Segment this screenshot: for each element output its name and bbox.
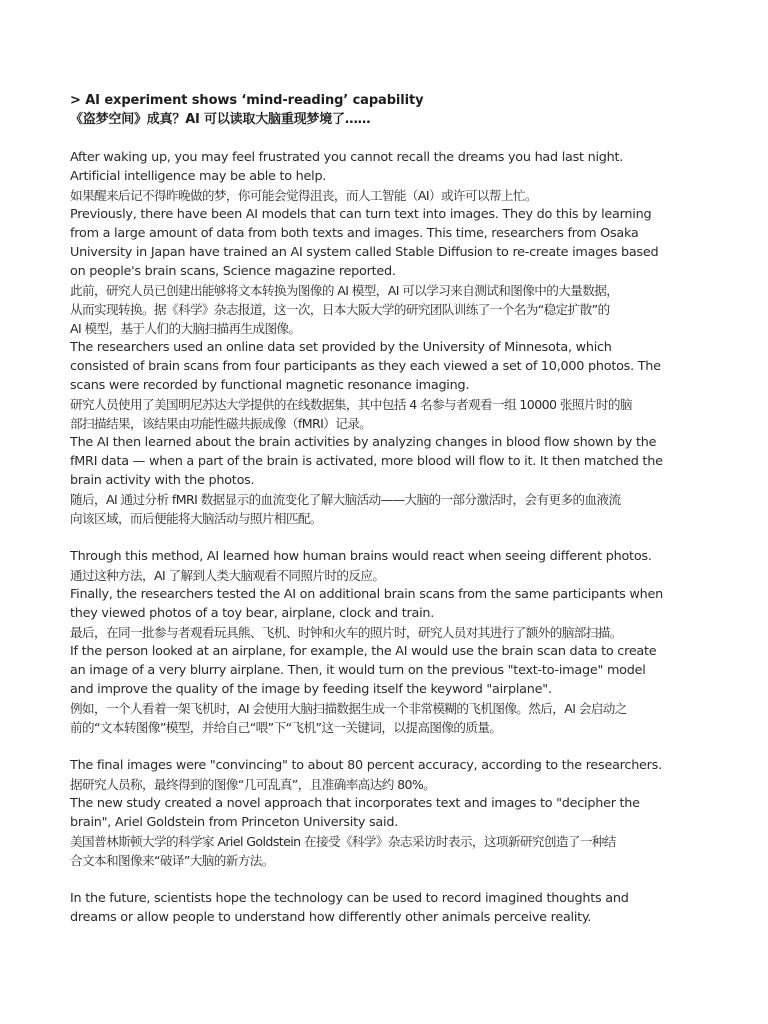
paragraph-block-2: Through this method, AI learned how huma… [70, 547, 710, 737]
text-line: In the future, scientists hope the techn… [70, 889, 710, 908]
text-line: Previously, there have been AI models th… [70, 205, 710, 224]
text-line-chinese: 部扫描结果，该结果由功能性磁共振成像（fMRI）记录。 [70, 414, 710, 433]
paragraph-gap [70, 528, 710, 547]
text-line-chinese: 从而实现转换。据《科学》杂志报道，这一次，日本大阪大学的研究团队训练了一个名为“… [70, 300, 710, 319]
text-line-chinese: AI 模型，基于人们的大脑扫描再生成图像。 [70, 319, 710, 338]
text-line: an image of a very blurry airplane. Then… [70, 661, 710, 680]
text-line-chinese: 通过这种方法，AI 了解到人类大脑观看不同照片时的反应。 [70, 566, 710, 585]
text-line-chinese: 此前，研究人员已创建出能够将文本转换为图像的 AI 模型，AI 可以学习来自测试… [70, 281, 710, 300]
text-line: consisted of brain scans from four parti… [70, 357, 710, 376]
text-line: scans were recorded by functional magnet… [70, 376, 710, 395]
text-line: dreams or allow people to understand how… [70, 908, 710, 927]
text-line-chinese: 研究人员使用了美国明尼苏达大学提供的在线数据集，其中包括 4 名参与者观看一组 … [70, 395, 710, 414]
paragraph-block-4: In the future, scientists hope the techn… [70, 889, 710, 927]
article: > AI experiment shows ‘mind-reading’ cap… [70, 91, 710, 927]
text-line: from a large amount of data from both te… [70, 224, 710, 243]
text-line: The new study created a novel approach t… [70, 794, 710, 813]
text-line-chinese: 合文本和图像来“破译”大脑的新方法。 [70, 851, 710, 870]
text-line: The AI then learned about the brain acti… [70, 433, 710, 452]
text-line-chinese: 据研究人员称，最终得到的图像“几可乱真”，且准确率高达约 80%。 [70, 775, 710, 794]
text-line: brain activity with the photos. [70, 471, 710, 490]
paragraph-gap [70, 870, 710, 889]
text-line: The final images were "convincing" to ab… [70, 756, 710, 775]
text-line-chinese: 向该区域，而后便能将大脑活动与照片相匹配。 [70, 509, 710, 528]
text-line: Finally, the researchers tested the AI o… [70, 585, 710, 604]
text-line-chinese: 例如，一个人看着一架飞机时，AI 会使用大脑扫描数据生成一个非常模糊的飞机图像。… [70, 699, 710, 718]
text-line: they viewed photos of a toy bear, airpla… [70, 604, 710, 623]
article-title-chinese: 《盗梦空间》成真？AI 可以读取大脑重现梦境了…… [70, 110, 710, 129]
text-line-chinese: 最后，在同一批参与者观看玩具熊、飞机、时钟和火车的照片时，研究人员对其进行了额外… [70, 623, 710, 642]
text-line: If the person looked at an airplane, for… [70, 642, 710, 661]
text-line: Through this method, AI learned how huma… [70, 547, 710, 566]
text-line: The researchers used an online data set … [70, 338, 710, 357]
paragraph-block-3: The final images were "convincing" to ab… [70, 756, 710, 870]
paragraph-gap [70, 737, 710, 756]
paragraph-block-1: After waking up, you may feel frustrated… [70, 148, 710, 528]
text-line: brain", Ariel Goldstein from Princeton U… [70, 813, 710, 832]
text-line-chinese: 前的“文本转图像”模型，并给自己“喂”下“飞机”这一关键词，以提高图像的质量。 [70, 718, 710, 737]
text-line: University in Japan have trained an AI s… [70, 243, 710, 262]
text-line: fMRI data — when a part of the brain is … [70, 452, 710, 471]
article-title-english: > AI experiment shows ‘mind-reading’ cap… [70, 91, 710, 110]
text-line: and improve the quality of the image by … [70, 680, 710, 699]
text-line-chinese: 如果醒来后记不得昨晚做的梦，你可能会觉得沮丧，而人工智能（AI）或许可以帮上忙。 [70, 186, 710, 205]
text-line-chinese: 美国普林斯顿大学的科学家 Ariel Goldstein 在接受《科学》杂志采访… [70, 832, 710, 851]
text-line: Artificial intelligence may be able to h… [70, 167, 710, 186]
text-line: on people's brain scans, Science magazin… [70, 262, 710, 281]
text-line: After waking up, you may feel frustrated… [70, 148, 710, 167]
text-line-chinese: 随后，AI 通过分析 fMRI 数据显示的血流变化了解大脑活动——大脑的一部分激… [70, 490, 710, 509]
